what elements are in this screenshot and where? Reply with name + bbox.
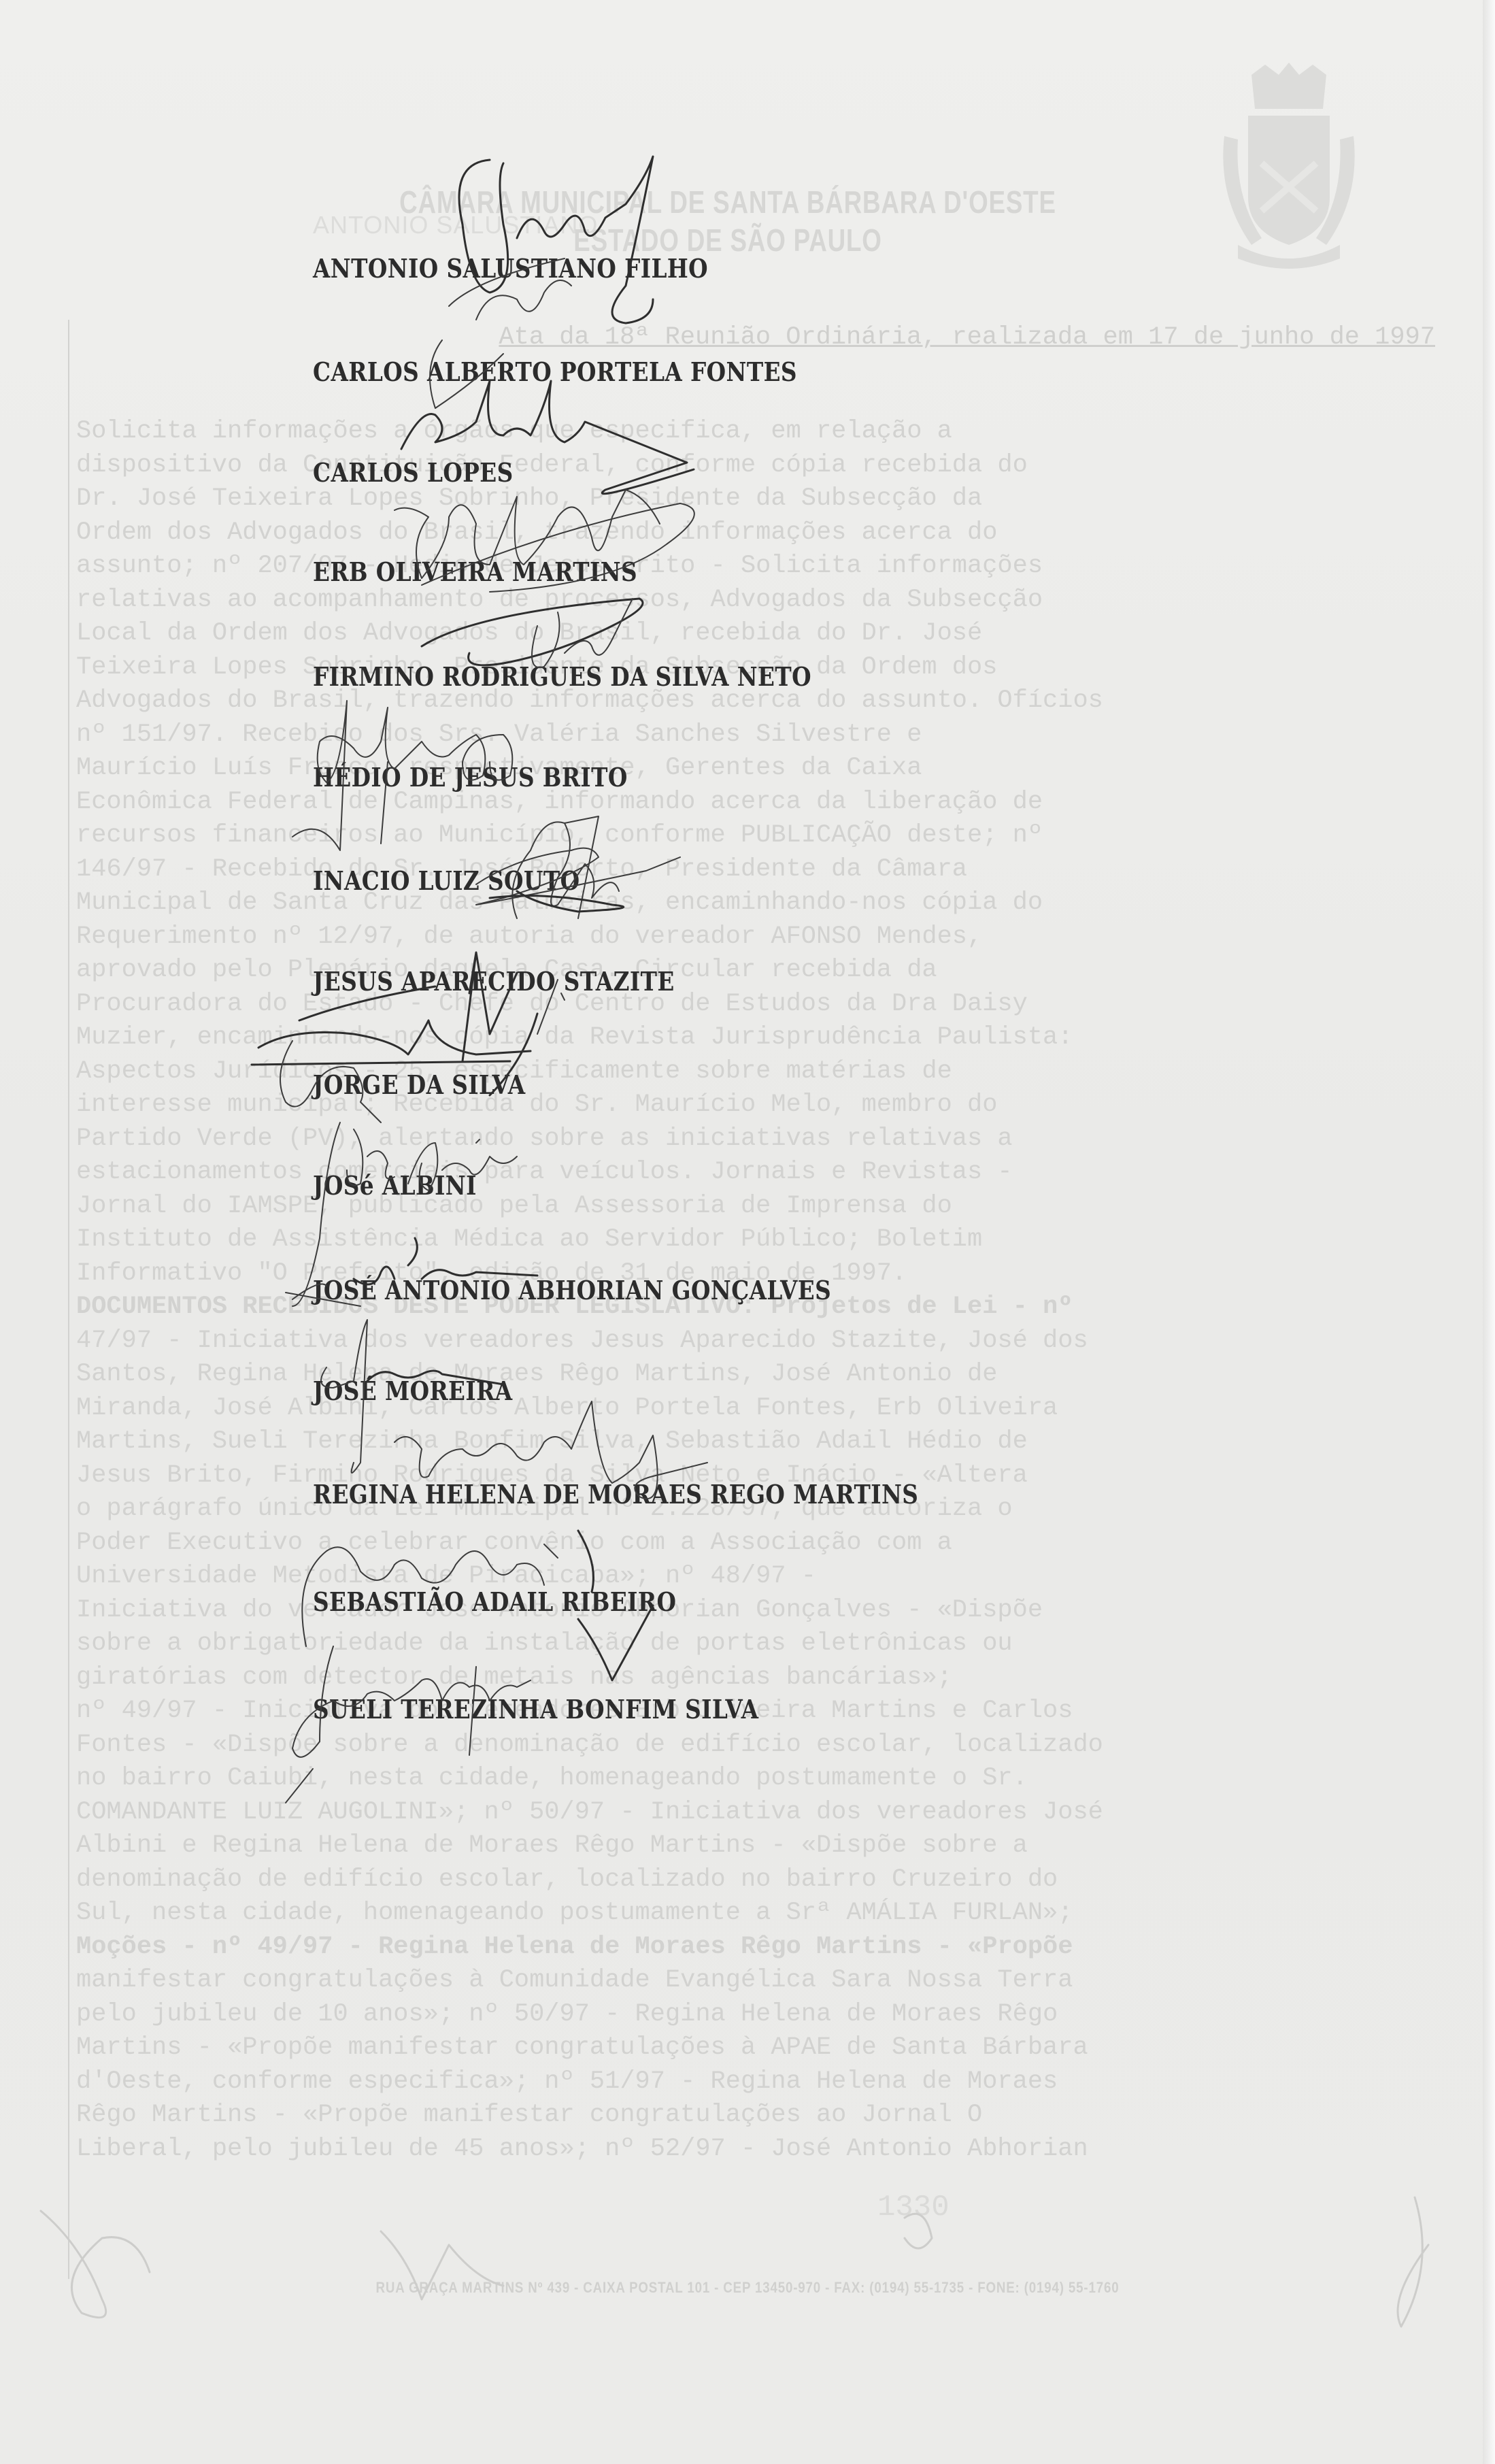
signatory-name: REGINA HELENA DE MORAES REGO MARTINS: [313, 1479, 918, 1510]
signatory-name: CARLOS ALBERTO PORTELA FONTES: [313, 356, 797, 387]
minutes-line-ghost: COMANDANTE LUIZ AUGOLINI»; nº 50/97 - In…: [76, 1796, 1484, 1830]
page-number-ghost: 1330: [877, 2191, 950, 2225]
minutes-title-ghost: Ata da 18ª Reunião Ordinária, realizada …: [170, 323, 1435, 352]
minutes-line-ghost: Universidade Metodista de Piracicaba»; n…: [76, 1560, 1484, 1594]
minutes-line-ghost: Liberal, pelo jubileu de 45 anos»; nº 52…: [76, 2133, 1484, 2167]
minutes-line-ghost: 146/97 - Recebido do Sr. José Roberto, P…: [76, 853, 1484, 887]
signatory-name: JESUS APARECIDO STAZITE: [313, 966, 675, 997]
signatory-name: CARLOS LOPES: [313, 457, 514, 488]
minutes-line-ghost: Santos, Regina Helena de Moraes Rêgo Mar…: [76, 1358, 1484, 1392]
minutes-line-ghost: relativas ao acompanhamento de processos…: [76, 584, 1484, 618]
minutes-line-ghost: Aspectos Jurídicos - 25, especificamente…: [76, 1055, 1484, 1089]
signatory-name: ANTONIO SALUSTIANO FILHO: [313, 253, 708, 284]
minutes-line-ghost: sobre a obrigatoriedade da instalação de…: [76, 1627, 1484, 1661]
minutes-line-ghost: Local da Ordem dos Advogados do Brasil, …: [76, 617, 1484, 651]
minutes-line-ghost: no bairro Caiubi, nesta cidade, homenage…: [76, 1762, 1484, 1796]
minutes-line-ghost: Muzier, encaminhando-nos cópia da Revist…: [76, 1021, 1484, 1055]
minutes-line-ghost: Martins, Sueli Terezinha Bonfim Silva, S…: [76, 1425, 1484, 1459]
page-edge: [1483, 0, 1495, 2464]
minutes-line-ghost: dispositivo da Constituição Federal, con…: [76, 449, 1484, 483]
minutes-line-ghost: interesse municipal; Recebida do Sr. Mau…: [76, 1088, 1484, 1122]
signatory-name: INACIO LUIZ SOUTO: [313, 865, 580, 896]
minutes-line-ghost: nº 151/97. Recebido dos Srs. Valéria San…: [76, 718, 1484, 752]
minutes-line-ghost: Econômica Federal de Campinas, informand…: [76, 786, 1484, 820]
coat-of-arms-icon: [1211, 61, 1367, 272]
minutes-line-ghost: assunto; nº 207/97 - Hedio de Jesus Brit…: [76, 550, 1484, 584]
signatory-name: JORGE DA SILVA: [313, 1069, 526, 1100]
minutes-line-ghost: Martins - «Propõe manifestar congratulaç…: [76, 2031, 1484, 2065]
signatory-name: ERB OLIVEIRA MARTINS: [313, 556, 637, 587]
signatory-name: HÉDIO DE JESUS BRITO: [313, 762, 628, 793]
signatory-name: JOSÉ ANTONIO ABHORIAN GONÇALVES: [313, 1275, 831, 1305]
minutes-line-ghost: 47/97 - Iniciativa dos vereadores Jesus …: [76, 1325, 1484, 1359]
minutes-line-ghost: Solicita informações a órgãos que especi…: [76, 415, 1484, 449]
minutes-line-ghost: Albini e Regina Helena de Moraes Rêgo Ma…: [76, 1829, 1484, 1863]
minutes-line-ghost: Iniciativa do vereador José Antonio Abho…: [76, 1594, 1484, 1628]
minutes-line-ghost: Municipal de Santa Cruz das Palmeiras, e…: [76, 886, 1484, 920]
footer-address-ghost: RUA GRAÇA MARTINS Nº 439 - CAIXA POSTAL …: [112, 2279, 1383, 2297]
minutes-line-ghost: aprovado pelo Plenário daquela Casa. Cir…: [76, 954, 1484, 988]
minutes-line-ghost: Instituto de Assistência Médica ao Servi…: [76, 1223, 1484, 1257]
minutes-line-ghost: denominação de edifício escolar, localiz…: [76, 1863, 1484, 1897]
minutes-line-ghost: Jornal do IAMSPE, publicado pela Assesso…: [76, 1190, 1484, 1224]
minutes-line-ghost: Miranda, José Albini, Carlos Alberto Por…: [76, 1392, 1484, 1426]
minutes-line-ghost: Dr. José Teixeira Lopes Sobrinho, Presid…: [76, 482, 1484, 516]
minutes-line-ghost: recursos financeiros ao Município, confo…: [76, 819, 1484, 853]
minutes-line-ghost: giratórias com detector de metais nas ag…: [76, 1661, 1484, 1695]
signatory-name: JOSÉ MOREIRA: [313, 1376, 512, 1406]
minutes-line-ghost: Rêgo Martins - «Propõe manifestar congra…: [76, 2099, 1484, 2133]
minutes-line-ghost: Procuradora do Estado - Chefe do Centro …: [76, 988, 1484, 1022]
minutes-line-ghost: Moções - nº 49/97 - Regina Helena de Mor…: [76, 1931, 1484, 1965]
margin-rule: [68, 320, 69, 2279]
minutes-line-ghost: d'Oeste, conforme especifica»; nº 51/97 …: [76, 2065, 1484, 2099]
minutes-line-ghost: Requerimento nº 12/97, de autoria do ver…: [76, 920, 1484, 954]
scanned-page: CÂMARA MUNICIPAL DE SANTA BÁRBARA D'OEST…: [0, 0, 1495, 2464]
minutes-line-ghost: Sul, nesta cidade, homenageando postumam…: [76, 1897, 1484, 1931]
signatory-name: FIRMINO RODRIGUES DA SILVA NETO: [313, 661, 811, 692]
signatory-name: JOSé ALBINI: [313, 1170, 477, 1201]
minutes-line-ghost: Poder Executivo a celebrar convênio com …: [76, 1527, 1484, 1561]
minutes-line-ghost: Fontes - «Dispõe sobre a denominação de …: [76, 1729, 1484, 1763]
minutes-line-ghost: Partido Verde (PV), alertando sobre as i…: [76, 1122, 1484, 1156]
minutes-line-ghost: nº 49/97 - Iniciativa dos vereadores Erb…: [76, 1695, 1484, 1729]
minutes-line-ghost: estacionamentos comerciais para veículos…: [76, 1156, 1484, 1190]
minutes-line-ghost: Maurício Luís Franco, respectivamente, G…: [76, 752, 1484, 786]
signatory-name: SUELI TEREZINHA BONFIM SILVA: [313, 1694, 758, 1725]
signatory-name: SEBASTIÃO ADAIL RIBEIRO: [313, 1586, 676, 1617]
minutes-line-ghost: pelo jubileu de 10 anos»; nº 50/97 - Reg…: [76, 1998, 1484, 2032]
minutes-line-ghost: Ordem dos Advogados do Brasil, trazendo …: [76, 516, 1484, 550]
minutes-line-ghost: manifestar congratulações à Comunidade E…: [76, 1964, 1484, 1998]
letterhead-watermark: CÂMARA MUNICIPAL DE SANTA BÁRBARA D'OEST…: [299, 184, 1156, 259]
